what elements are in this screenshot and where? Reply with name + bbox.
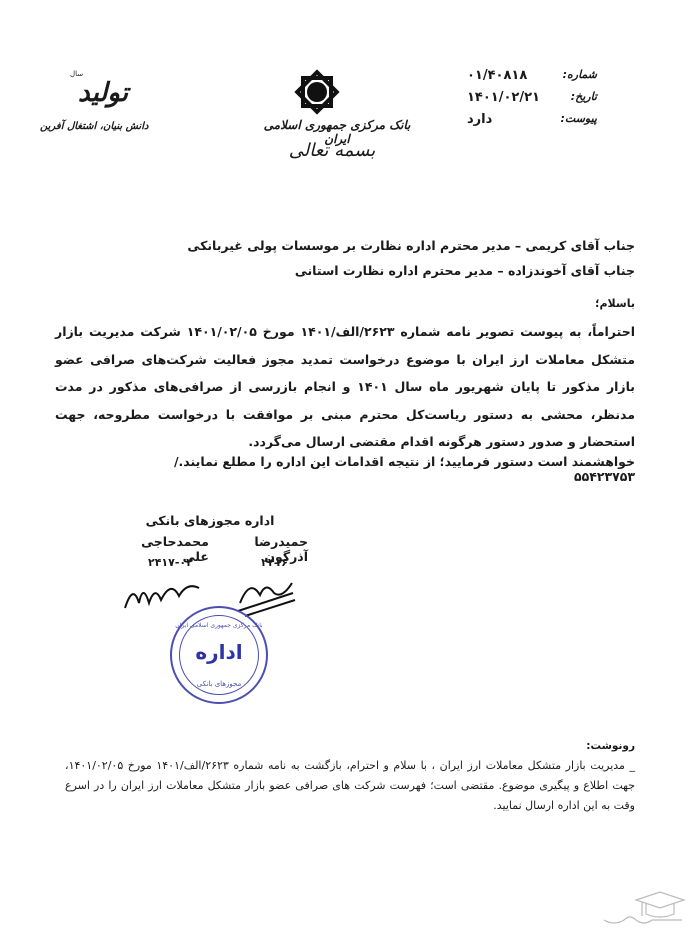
- recipient-line: جناب آقای کریمی – مدیر محترم اداره نظارت…: [115, 233, 635, 258]
- attachment-row: پیوست: دارد: [467, 112, 597, 127]
- graduation-cap-icon: [598, 890, 688, 928]
- attachment-value: دارد: [467, 112, 492, 127]
- signature-office: اداره مجوزهای بانکی: [135, 513, 285, 528]
- recipients: جناب آقای کریمی – مدیر محترم اداره نظارت…: [115, 233, 635, 283]
- letter-number-row: شماره: ۰۱/۴۰۸۱۸: [467, 68, 597, 83]
- letter-closing: خواهشمند است دستور فرمایید؛ از نتیجه اقد…: [115, 454, 635, 484]
- letter-number-label: شماره:: [563, 68, 597, 83]
- official-stamp: بانک مرکزی جمهوری اسلامی ایران اداره مجو…: [170, 606, 268, 704]
- letter-date-row: تاریخ: ۱۴۰۱/۰۲/۲۱: [467, 90, 597, 105]
- greeting: باسلام؛: [595, 297, 635, 310]
- letter-date-label: تاریخ:: [571, 90, 597, 105]
- recipient-line: جناب آقای آخوندزاده – مدیر محترم اداره ن…: [115, 258, 635, 283]
- slogan-year-tag: سال: [70, 70, 83, 78]
- central-bank-emblem-icon: [291, 66, 343, 118]
- signature-codes: ۲۴۱۶ ۲۴۱۷-۰۳: [148, 556, 288, 569]
- slogan-subtitle: دانش بنیان، اشتغال آفرین: [40, 121, 148, 132]
- attachment-label: پیوست:: [561, 112, 597, 127]
- stamp-center-text: اداره: [172, 640, 266, 664]
- cc-label: رونوشت:: [586, 740, 635, 752]
- signer-code: ۲۴۱۶: [261, 556, 288, 569]
- cc-text: _ مدیریت بازار متشکل معاملات ارز ایران ،…: [65, 756, 635, 816]
- letter-body: احتراماً، به پیوست تصویر نامه شماره ۲۶۲۳…: [55, 318, 635, 456]
- letter-number-value: ۰۱/۴۰۸۱۸: [467, 68, 527, 83]
- stamp-bottom-text: مجوزهای بانکی: [172, 680, 266, 688]
- signer-code: ۲۴۱۷-۰۳: [148, 556, 193, 569]
- letter-date-value: ۱۴۰۱/۰۲/۲۱: [467, 90, 540, 105]
- slogan-title: تولید: [78, 78, 128, 108]
- stamp-top-text: بانک مرکزی جمهوری اسلامی ایران: [172, 622, 266, 629]
- bismillah: بسمه تعالی: [282, 140, 382, 161]
